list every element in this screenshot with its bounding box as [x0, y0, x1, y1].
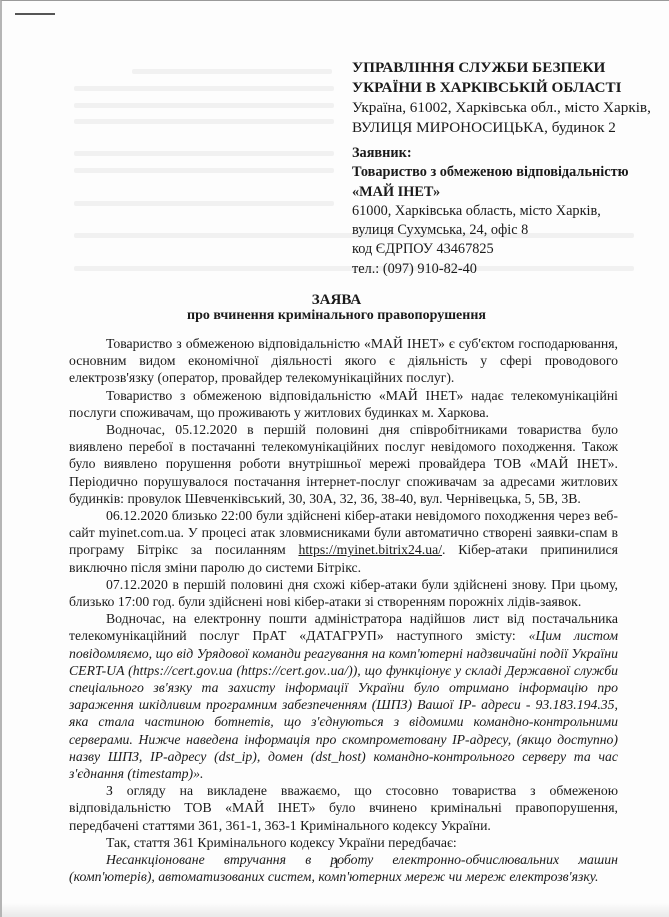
applicant-phone: тел.: (097) 910-82-40 [352, 260, 662, 279]
paragraph-7: З огляду на викладене вважаємо, що стосо… [69, 782, 618, 834]
paragraph-1: Товариство з обмеженою відповідальністю … [69, 335, 618, 387]
document-title: ЗАЯВА [2, 292, 669, 309]
scan-ghost-line [74, 168, 334, 173]
applicant-address-line-2: вулиця Сухумська, 24, офіс 8 [352, 221, 662, 240]
applicant-block: Заявник: Товариство з обмеженою відповід… [352, 144, 662, 279]
scan-ghost-line [74, 151, 334, 156]
addressee-line-4: ВУЛИЦЯ МИРОНОСИЦЬКА, будинок 2 [352, 118, 662, 138]
scan-ghost-line [132, 69, 332, 74]
applicant-edrpou: код ЄДРПОУ 43467825 [352, 240, 662, 259]
paragraph-2: Товариство з обмеженою відповідальністю … [69, 387, 618, 421]
scan-ghost-line [74, 201, 334, 206]
paragraph-3: Водночас, 05.12.2020 в першій половині д… [69, 421, 618, 507]
page-number: 1 [2, 857, 669, 873]
paragraph-8: Так, стаття 361 Кримінального кодексу Ук… [69, 834, 618, 851]
addressee-line-1: УПРАВЛІННЯ СЛУЖБИ БЕЗПЕКИ [352, 58, 662, 78]
addressee-line-2: УКРАЇНИ В ХАРКІВСЬКІЙ ОБЛАСТІ [352, 78, 662, 98]
paragraph-4: 06.12.2020 близько 22:00 були здійснені … [69, 507, 618, 576]
document-page: УПРАВЛІННЯ СЛУЖБИ БЕЗПЕКИ УКРАЇНИ В ХАРК… [0, 0, 669, 917]
paragraph-6-quote: «Цим листом повідомляємо, що від Урядово… [69, 628, 618, 781]
addressee-line-3: Україна, 61002, Харківська обл., місто Х… [352, 98, 662, 118]
bitrix-link[interactable]: https://myinet.bitrix24.ua/ [298, 542, 442, 557]
paragraph-6: Водночас, на електронну пошти адміністра… [69, 610, 618, 782]
paragraph-5: 07.12.2020 в першій половині дня схожі к… [69, 576, 618, 610]
applicant-address-line-1: 61000, Харківська область, місто Харків, [352, 202, 662, 221]
scan-ghost-line [74, 103, 334, 108]
addressee-block: УПРАВЛІННЯ СЛУЖБИ БЕЗПЕКИ УКРАЇНИ В ХАРК… [352, 58, 662, 138]
scan-ghost-line [74, 86, 334, 91]
scan-bottom-shade [2, 903, 669, 917]
applicant-label: Заявник: [352, 144, 662, 163]
scan-ghost-line [74, 119, 334, 124]
applicant-name-line-1: Товариство з обмеженою відповідальністю [352, 163, 662, 182]
document-subtitle: про вчинення кримінального правопорушенн… [2, 308, 669, 324]
applicant-name-line-2: «МАЙ ІНЕТ» [352, 183, 662, 202]
document-body: Товариство з обмеженою відповідальністю … [69, 335, 618, 886]
scan-artifact-mark [15, 13, 55, 15]
